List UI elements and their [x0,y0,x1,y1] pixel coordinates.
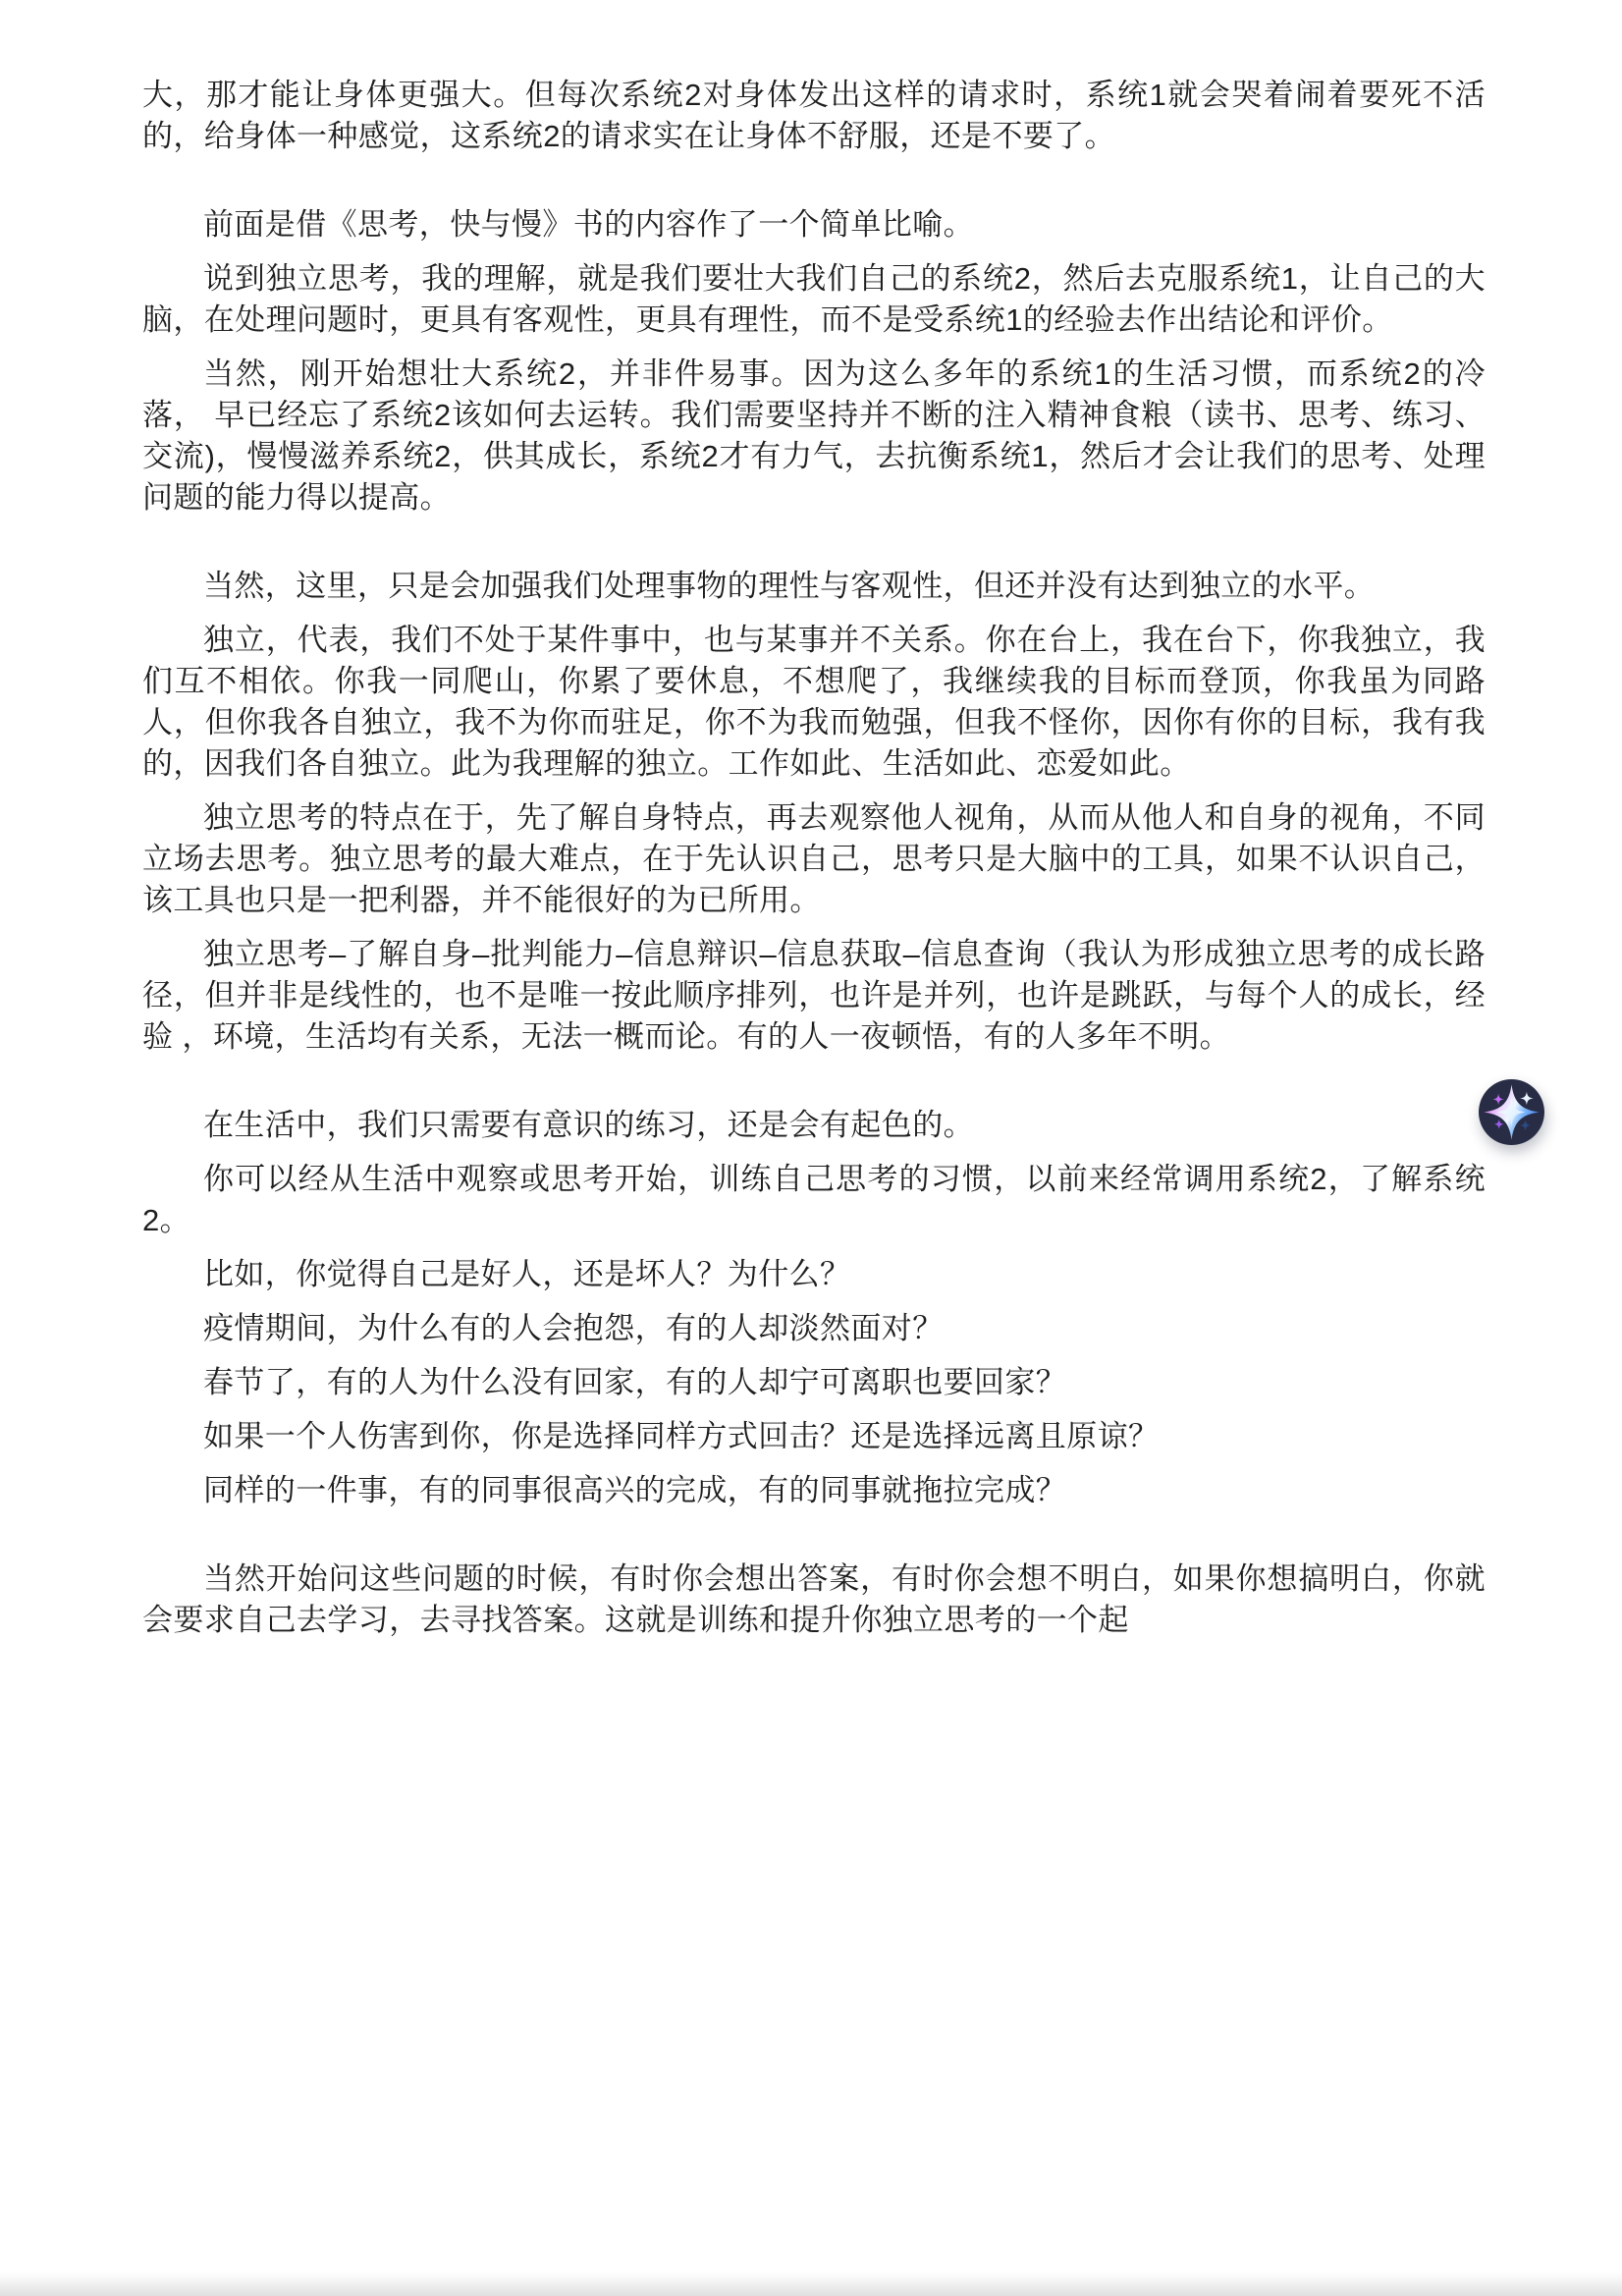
paragraph: 当然，刚开始想壮大系统2，并非件易事。因为这么多年的系统1的生活习惯，而系统2的… [142,354,1486,519]
paragraph: 春节了，有的人为什么没有回家，有的人却宁可离职也要回家？ [142,1362,1486,1403]
paragraph: 疫情期间，为什么有的人会抱怨，有的人却淡然面对？ [142,1308,1486,1349]
paragraph: 当然开始问这些问题的时候，有时你会想出答案，有时你会想不明白，如果你想搞明白，你… [142,1558,1486,1641]
paragraph: 前面是借《思考，快与慢》书的内容作了一个简单比喻。 [142,204,1486,246]
paragraph: 当然，这里，只是会加强我们处理事物的理性与客观性，但还并没有达到独立的水平。 [142,566,1486,607]
sparkle-icon [1479,1079,1544,1145]
ai-assistant-button[interactable] [1479,1079,1544,1145]
document-page: 大，那才能让身体更强大。但每次系统2对身体发出这样的请求时，系统1就会哭着闹着要… [0,0,1622,2296]
paragraph: 独立思考的特点在于，先了解自身特点，再去观察他人视角，从而从他人和自身的视角，不… [142,797,1486,921]
paragraph: 独立思考–了解自身–批判能力–信息辩识–信息获取–信息查询（我认为形成独立思考的… [142,934,1486,1058]
paragraph: 你可以经从生活中观察或思考开始，训练自己思考的习惯，以前来经常调用系统2，了解系… [142,1159,1486,1241]
paragraph: 大，那才能让身体更强大。但每次系统2对身体发出这样的请求时，系统1就会哭着闹着要… [142,75,1486,157]
bottom-edge-shadow [0,2272,1622,2296]
paragraph: 如果一个人伤害到你，你是选择同样方式回击？还是选择远离且原谅？ [142,1416,1486,1457]
paragraph: 在生活中，我们只需要有意识的练习，还是会有起色的。 [142,1105,1486,1146]
paragraph: 独立，代表，我们不处于某件事中，也与某事并不关系。你在台上，我在台下，你我独立，… [142,620,1486,785]
paragraph: 比如，你觉得自己是好人，还是坏人？为什么？ [142,1254,1486,1295]
paragraph: 说到独立思考，我的理解，就是我们要壮大我们自己的系统2，然后去克服系统1，让自己… [142,258,1486,341]
paragraph: 同样的一件事，有的同事很高兴的完成，有的同事就拖拉完成？ [142,1470,1486,1511]
article-body: 大，那才能让身体更强大。但每次系统2对身体发出这样的请求时，系统1就会哭着闹着要… [142,75,1486,1654]
